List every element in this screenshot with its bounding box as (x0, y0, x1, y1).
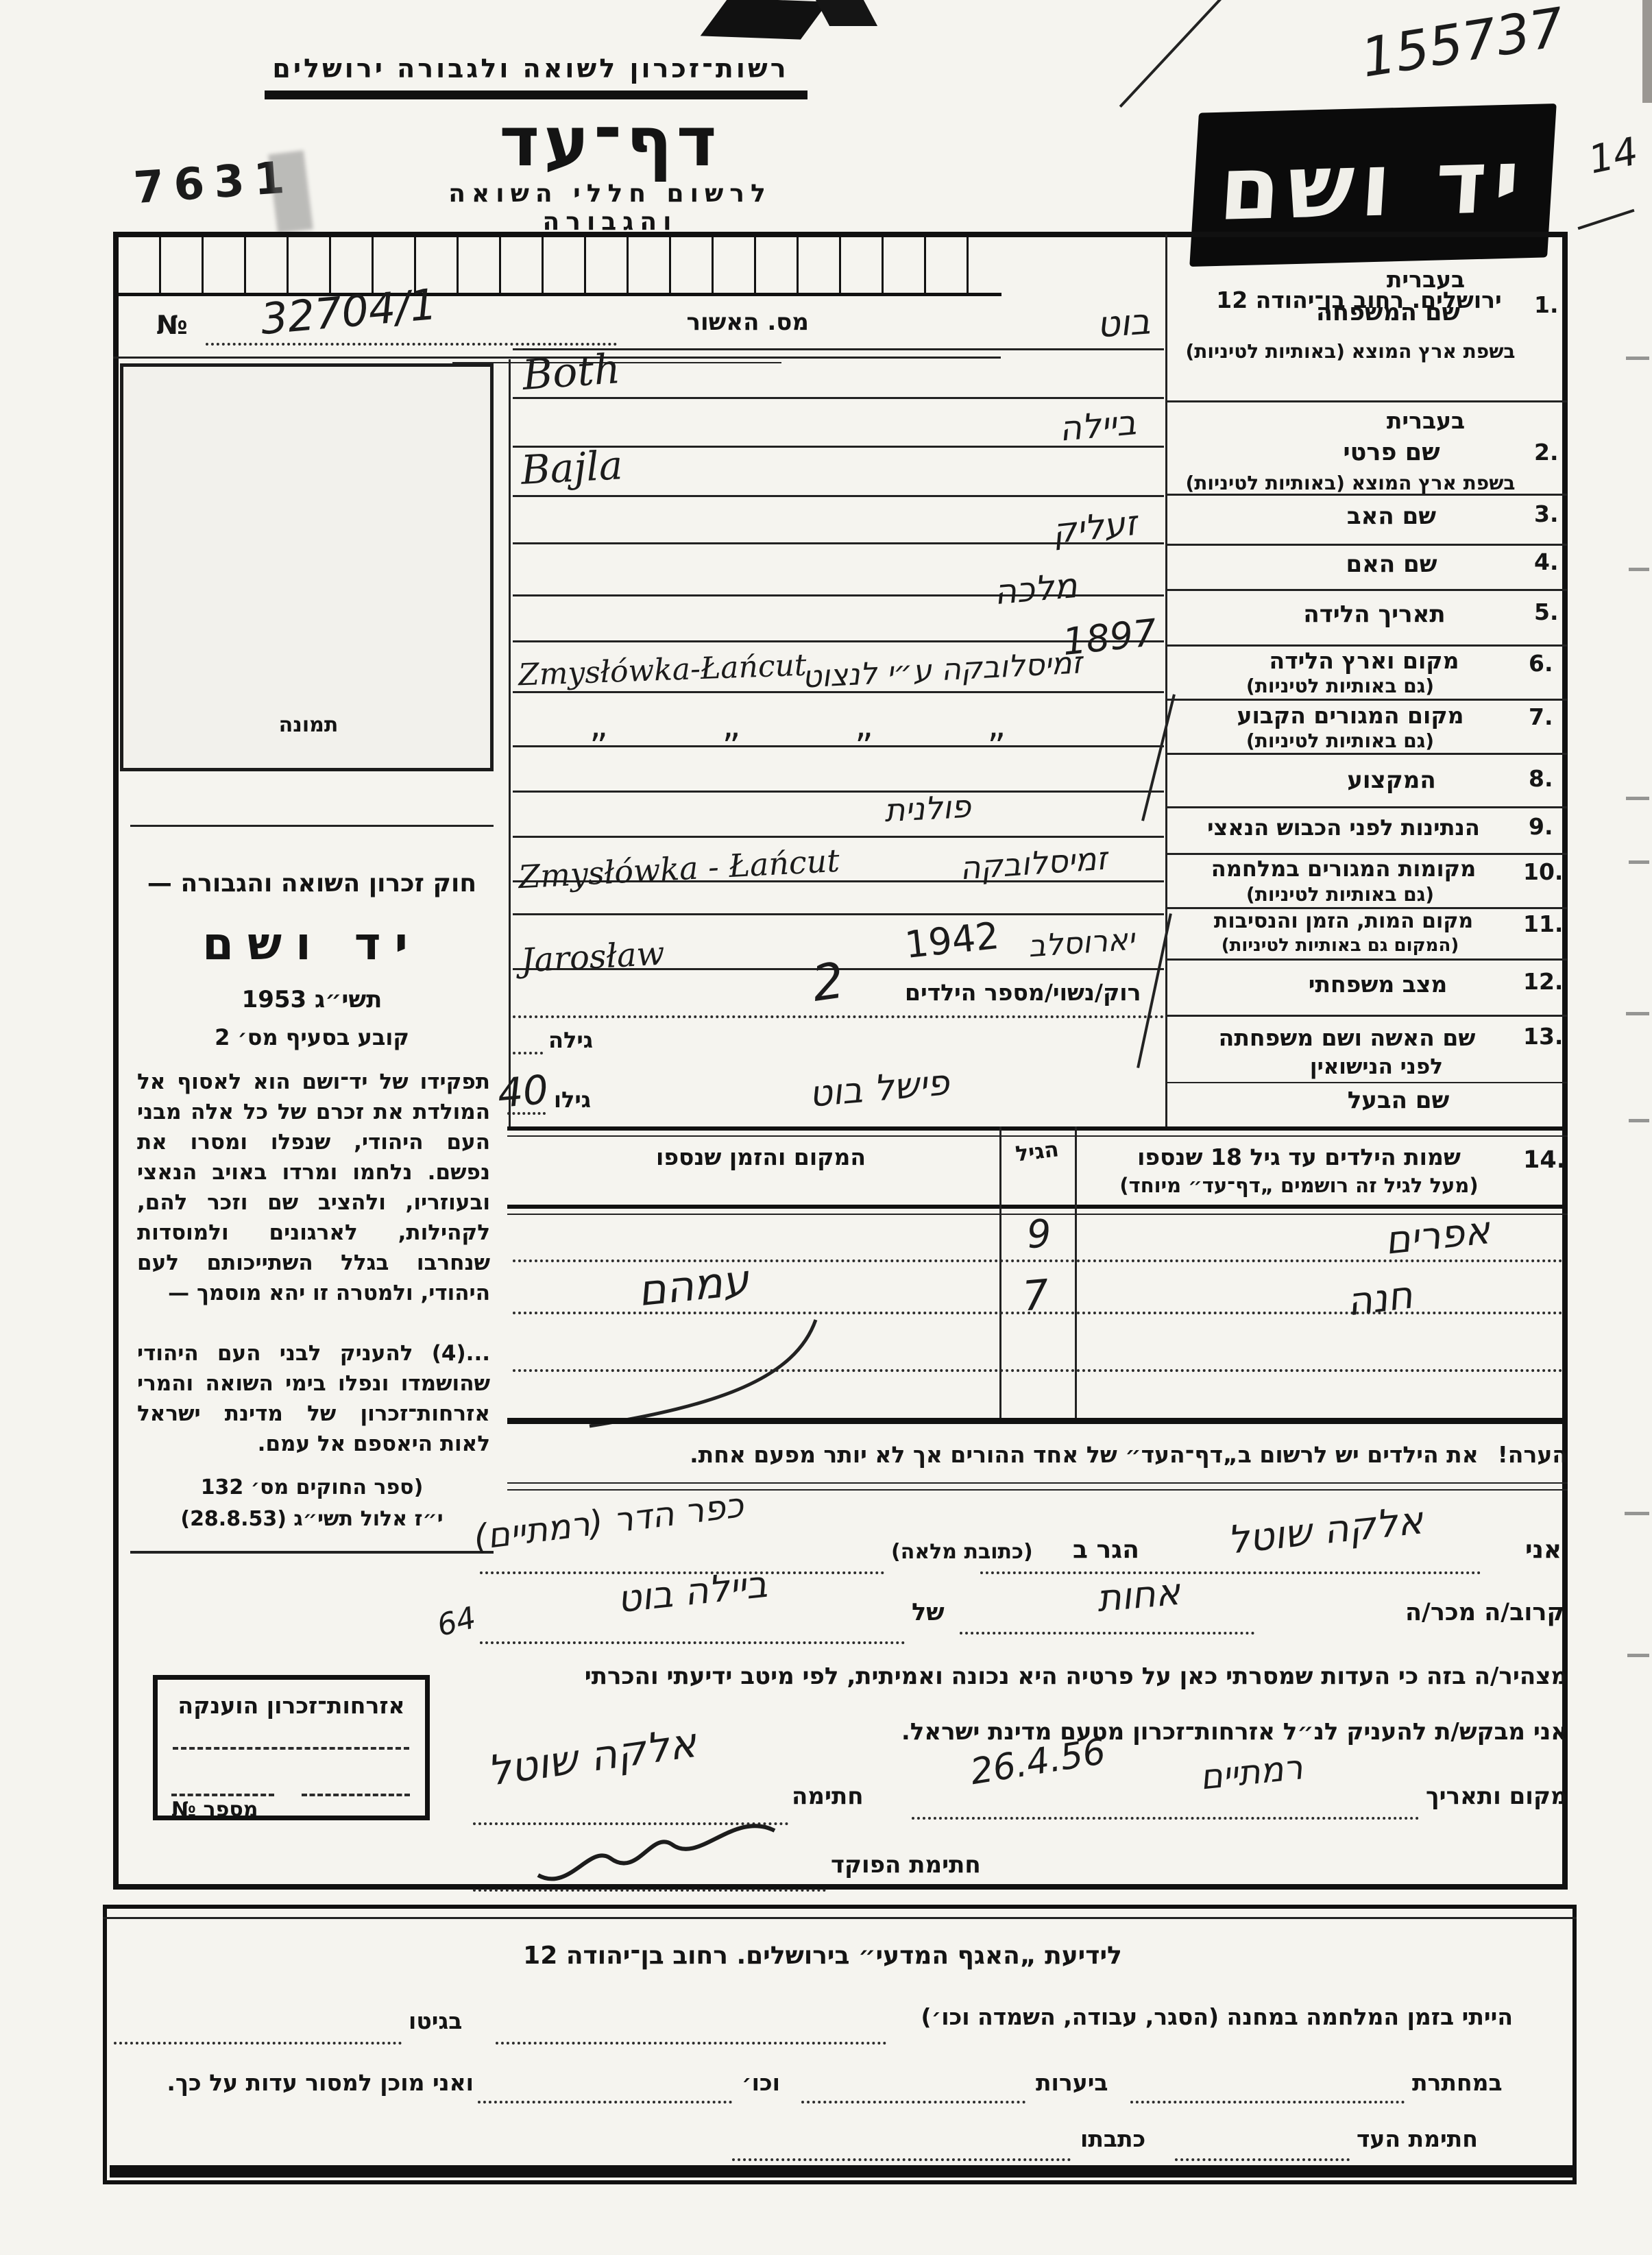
info-box-inner-rule (103, 1917, 1577, 1919)
column-divider (509, 359, 511, 1127)
rule-line (1167, 400, 1567, 402)
field-label: מקום המגורים הקבוע (1193, 702, 1508, 729)
field-label: שם האב (1289, 503, 1494, 530)
info-ready-label: ואני מוכן למסור עדות על כך. (117, 2069, 474, 2096)
children-note: הערה!את הילדים יש לרשום ב„דף־העד״ של אחד… (514, 1441, 1568, 1468)
photo-box (120, 363, 494, 771)
field-label: שם המשפחה (1275, 299, 1501, 326)
field-label-sub: (גם באותיות לטיניות) (1169, 675, 1511, 697)
his-age-label: גילו (554, 1087, 591, 1113)
rule-line (1167, 544, 1567, 546)
hw-registry-number: 155737 (1357, 0, 1568, 90)
rule-line (130, 825, 494, 827)
info-underground-label: במחתרת (1412, 2069, 1503, 2096)
field-number: 7. (1529, 703, 1553, 730)
scan-mark (1627, 1654, 1649, 1657)
field-label: שם פרטי (1289, 439, 1494, 466)
rule-line (1167, 494, 1567, 496)
scan-artifact-blob (701, 0, 829, 40)
hw-child-age: 7 (1021, 1270, 1051, 1321)
hw-child-age: 9 (1025, 1211, 1053, 1257)
field-label: מקום המות, הזמן והנסיבות (1172, 909, 1515, 933)
scan-mark (1629, 568, 1649, 571)
marital-status-inline-label: רוק/נשוי/מספר הילדים (905, 979, 1165, 1006)
decl-relative-label: קרוב/ה מכר/ה (1405, 1599, 1564, 1626)
field-number: 6. (1529, 650, 1553, 677)
decl-i-label: אני (1525, 1536, 1562, 1564)
field-label-sub: לפני הנישואין (1169, 1054, 1443, 1079)
hw-husband-age: 40 (496, 1066, 550, 1117)
hw-page-number: 14 (1585, 129, 1642, 182)
scanned-testimony-page: רשות־זכרון לשואה ולגבורה ירושלים דף־עד ל… (0, 0, 1652, 2255)
field-label: המקצוע (1289, 767, 1494, 794)
hw-residence-ditto-marks: „ „ „ „ (590, 705, 1006, 746)
writing-rule (513, 397, 1164, 399)
scan-mark (1626, 357, 1649, 360)
memorial-number-label: מספר № (171, 1798, 258, 1822)
decl-official-label: חתימת הפוקד (831, 1851, 981, 1879)
scan-mark (1629, 1119, 1649, 1122)
field-label-sub: בשפת ארץ המוצא (באותיות לטיניות) (1169, 340, 1532, 363)
rule-line (1167, 644, 1567, 647)
info-dotted (801, 2101, 1025, 2103)
info-witness-signature-label: חתימת העד (1357, 2125, 1478, 2152)
law-reference-2: י״ז אלול תשי״ג (28.8.53) (165, 1507, 459, 1531)
rule-line (1167, 699, 1567, 701)
field-label-husband: שם הבעל (1302, 1087, 1494, 1114)
info-dotted (114, 2042, 402, 2045)
scan-artifact-edge (1642, 0, 1652, 103)
decl-dotted (960, 1632, 1254, 1635)
serial-comb (119, 237, 1001, 296)
field-number: 5. (1534, 599, 1559, 625)
hw-death-place-hebrew: יארוסלב (1027, 922, 1135, 965)
scan-artifact-diagonal (1119, 0, 1222, 108)
hw-firstname-latin: Bajla (520, 442, 624, 494)
field-label-pre: בעברית (1357, 266, 1494, 293)
decl-address-note: (כתובת מלאה) (891, 1540, 1033, 1564)
field-number: 8. (1529, 765, 1553, 792)
hw-page-number-underline (1577, 209, 1634, 230)
scan-artifact-blob (816, 0, 877, 26)
rule-line (130, 1551, 494, 1554)
rule-line (1167, 806, 1567, 808)
info-ghetto-label: בגיטו (409, 2007, 462, 2034)
field-label: שם האשה ושם משפחתה (1193, 1024, 1501, 1051)
hw-flourish (569, 1316, 843, 1433)
field-label: מקומות המגורים במלחמה (1176, 856, 1511, 882)
rule-line (1167, 753, 1567, 755)
info-witness-address-label: כתבתו (1080, 2125, 1145, 2152)
scan-mark (1625, 1512, 1649, 1515)
info-dotted (1130, 2101, 1405, 2103)
memorial-dashed (173, 1747, 409, 1750)
table-top-rule (507, 1126, 1568, 1131)
field-label-sub: (גם באותיות לטיניות) (1169, 729, 1511, 752)
info-dotted (496, 2042, 886, 2045)
his-age-dotted (507, 1112, 546, 1115)
her-age-label: גילה (548, 1027, 593, 1053)
form-title: דף־עד (480, 101, 740, 182)
decl-place-date-label: מקום ותאריך (1426, 1783, 1568, 1810)
hw-surname-hebrew: בוט (1095, 301, 1152, 346)
org-underline (265, 91, 807, 99)
rule-line (1167, 853, 1567, 855)
field-label: הנתינות לפני הכבוש הנאצי (1169, 815, 1518, 841)
decl-dotted (980, 1571, 1481, 1574)
scan-mark (1626, 797, 1649, 800)
children-field-number: 14. (1523, 1146, 1566, 1174)
stamp-smudge (268, 150, 313, 233)
hw-mother-name: מלכה (993, 566, 1079, 612)
decl-signature-label: חתימה (792, 1783, 864, 1810)
info-etc-label: וכו׳ (742, 2069, 780, 2096)
table-bottom-rule (507, 1418, 1568, 1424)
decl-truth-line: מצהיר/ה בזה כי העדות שמסרתי כאן על פרטיה… (514, 1663, 1568, 1690)
hw-firstname-hebrew: ביילה (1058, 402, 1138, 449)
law-year: תשי״ג 1953 (134, 986, 490, 1013)
field-number: 10. (1523, 858, 1563, 885)
field-label-sub: בשפת ארץ המוצא (באותיות לטיניות) (1169, 472, 1532, 494)
form-subtitle: לרשום חללי השואה והגבורה (411, 180, 809, 236)
field-number: 13. (1523, 1023, 1563, 1050)
table-top-rule-2 (507, 1135, 1568, 1137)
field-label: מצב משפחתי (1261, 971, 1494, 998)
info-line1-label: הייתי בזמן המלחמה במחנה (הסגר, עבודה, הש… (896, 2003, 1513, 2030)
field-label: תאריך הלידה (1254, 601, 1494, 628)
rule-line (1167, 1015, 1567, 1017)
writing-rule (513, 913, 1164, 915)
rule-line (507, 1489, 1568, 1491)
field-number: 3. (1534, 501, 1559, 527)
info-dotted (732, 2158, 1071, 2161)
memorial-dashed (171, 1794, 274, 1796)
children-place-header: המקום והזמן שנספו (548, 1144, 973, 1170)
info-forest-label: ביערות (1036, 2069, 1108, 2096)
note-text: את הילדים יש לרשום ב„דף־העד״ של אחד ההור… (690, 1441, 1479, 1468)
decl-dotted (480, 1641, 905, 1644)
decl-request-line: אני מבקש/ת להעניק לנ״ל אזרחות־זכרון מטעם… (788, 1718, 1568, 1746)
decl-dotted (912, 1817, 1419, 1820)
writing-rule (513, 495, 1164, 497)
official-signature-scribble (528, 1803, 788, 1899)
law-yadvashem: יד ושם (134, 917, 490, 970)
field-number: 2. (1534, 439, 1559, 466)
rule-line (507, 1482, 1568, 1484)
field-number: 1. (1534, 291, 1559, 318)
photo-label: תמונה (247, 713, 370, 737)
table-vline (999, 1126, 1001, 1421)
field-label-sub: (המקום גם באותיות לטיניות) (1169, 935, 1511, 956)
hw-citizenship: פולנית (884, 788, 972, 830)
hw-surname-latin: Both (521, 345, 622, 400)
scan-mark (1626, 1012, 1649, 1015)
field-label: מקום וארץ הלידה (1227, 647, 1501, 674)
scan-mark (1629, 860, 1649, 864)
law-title: חוק זכרון השואה והגבורה — (134, 869, 490, 897)
field-label-sub: (גם באותיות לטיניות) (1169, 883, 1511, 906)
org-name: רשות־זכרון לשואה ולגבורה ירושלים (266, 53, 795, 84)
memorial-dashed (302, 1794, 410, 1796)
table-header-rule (507, 1205, 1568, 1209)
hw-relation: אחות (1095, 1570, 1182, 1620)
table-vline (1075, 1126, 1077, 1421)
rule-line (1167, 958, 1567, 961)
note-label: הערה! (1498, 1441, 1568, 1468)
approval-label: מס. האשור (672, 309, 809, 336)
law-paragraph-1: תפקידו של יד־ושם הוא לאסוף אל המולדת את … (137, 1067, 490, 1308)
field-label: שם האם (1289, 551, 1494, 578)
info-title: לידיעת „האגף המדעי״ בירושלים. רחוב בן־יה… (480, 1942, 1165, 1970)
info-box-bottom-band (110, 2165, 1573, 2178)
approval-no-symbol: № (156, 310, 188, 340)
law-reference-1: (ספר החוקים מס׳ 132 (165, 1475, 459, 1499)
law-paragraph-2: ...(4) להעניק לבני העם היהודי שהושמדו ונ… (137, 1338, 490, 1459)
memorial-box-title: אזרחות־זכרון הוענקה (161, 1692, 422, 1719)
hw-child-name: חנה (1344, 1273, 1415, 1325)
her-age-dotted (513, 1052, 543, 1054)
info-dotted (478, 2101, 732, 2103)
decl-of-label: של (912, 1599, 945, 1626)
writing-rule-dotted (513, 1015, 1164, 1018)
info-dotted (1175, 2158, 1350, 2161)
rule-line (1167, 1082, 1567, 1083)
field-number: 11. (1523, 911, 1563, 937)
field-number: 4. (1534, 548, 1559, 575)
hw-death-place-latin: Jarosław (520, 934, 666, 980)
law-section: קובע בסעיף מס׳ 2 (134, 1024, 490, 1050)
field-label-pre: בעברית (1357, 407, 1494, 434)
writing-rule (513, 791, 1164, 793)
decl-resides-label: הגר ב (1073, 1536, 1139, 1564)
field-number: 12. (1523, 968, 1563, 995)
field-number: 9. (1529, 813, 1553, 840)
writing-rule (513, 836, 1164, 838)
label-column-divider (1165, 234, 1167, 1127)
rule-line (1167, 589, 1567, 591)
children-names-header: שמות הילדים עד גיל 18 שנספו (1083, 1144, 1515, 1170)
children-names-header-sub: (מעל לגיל זה רושמים „דף־עד״ מיוחד) (1083, 1174, 1515, 1197)
